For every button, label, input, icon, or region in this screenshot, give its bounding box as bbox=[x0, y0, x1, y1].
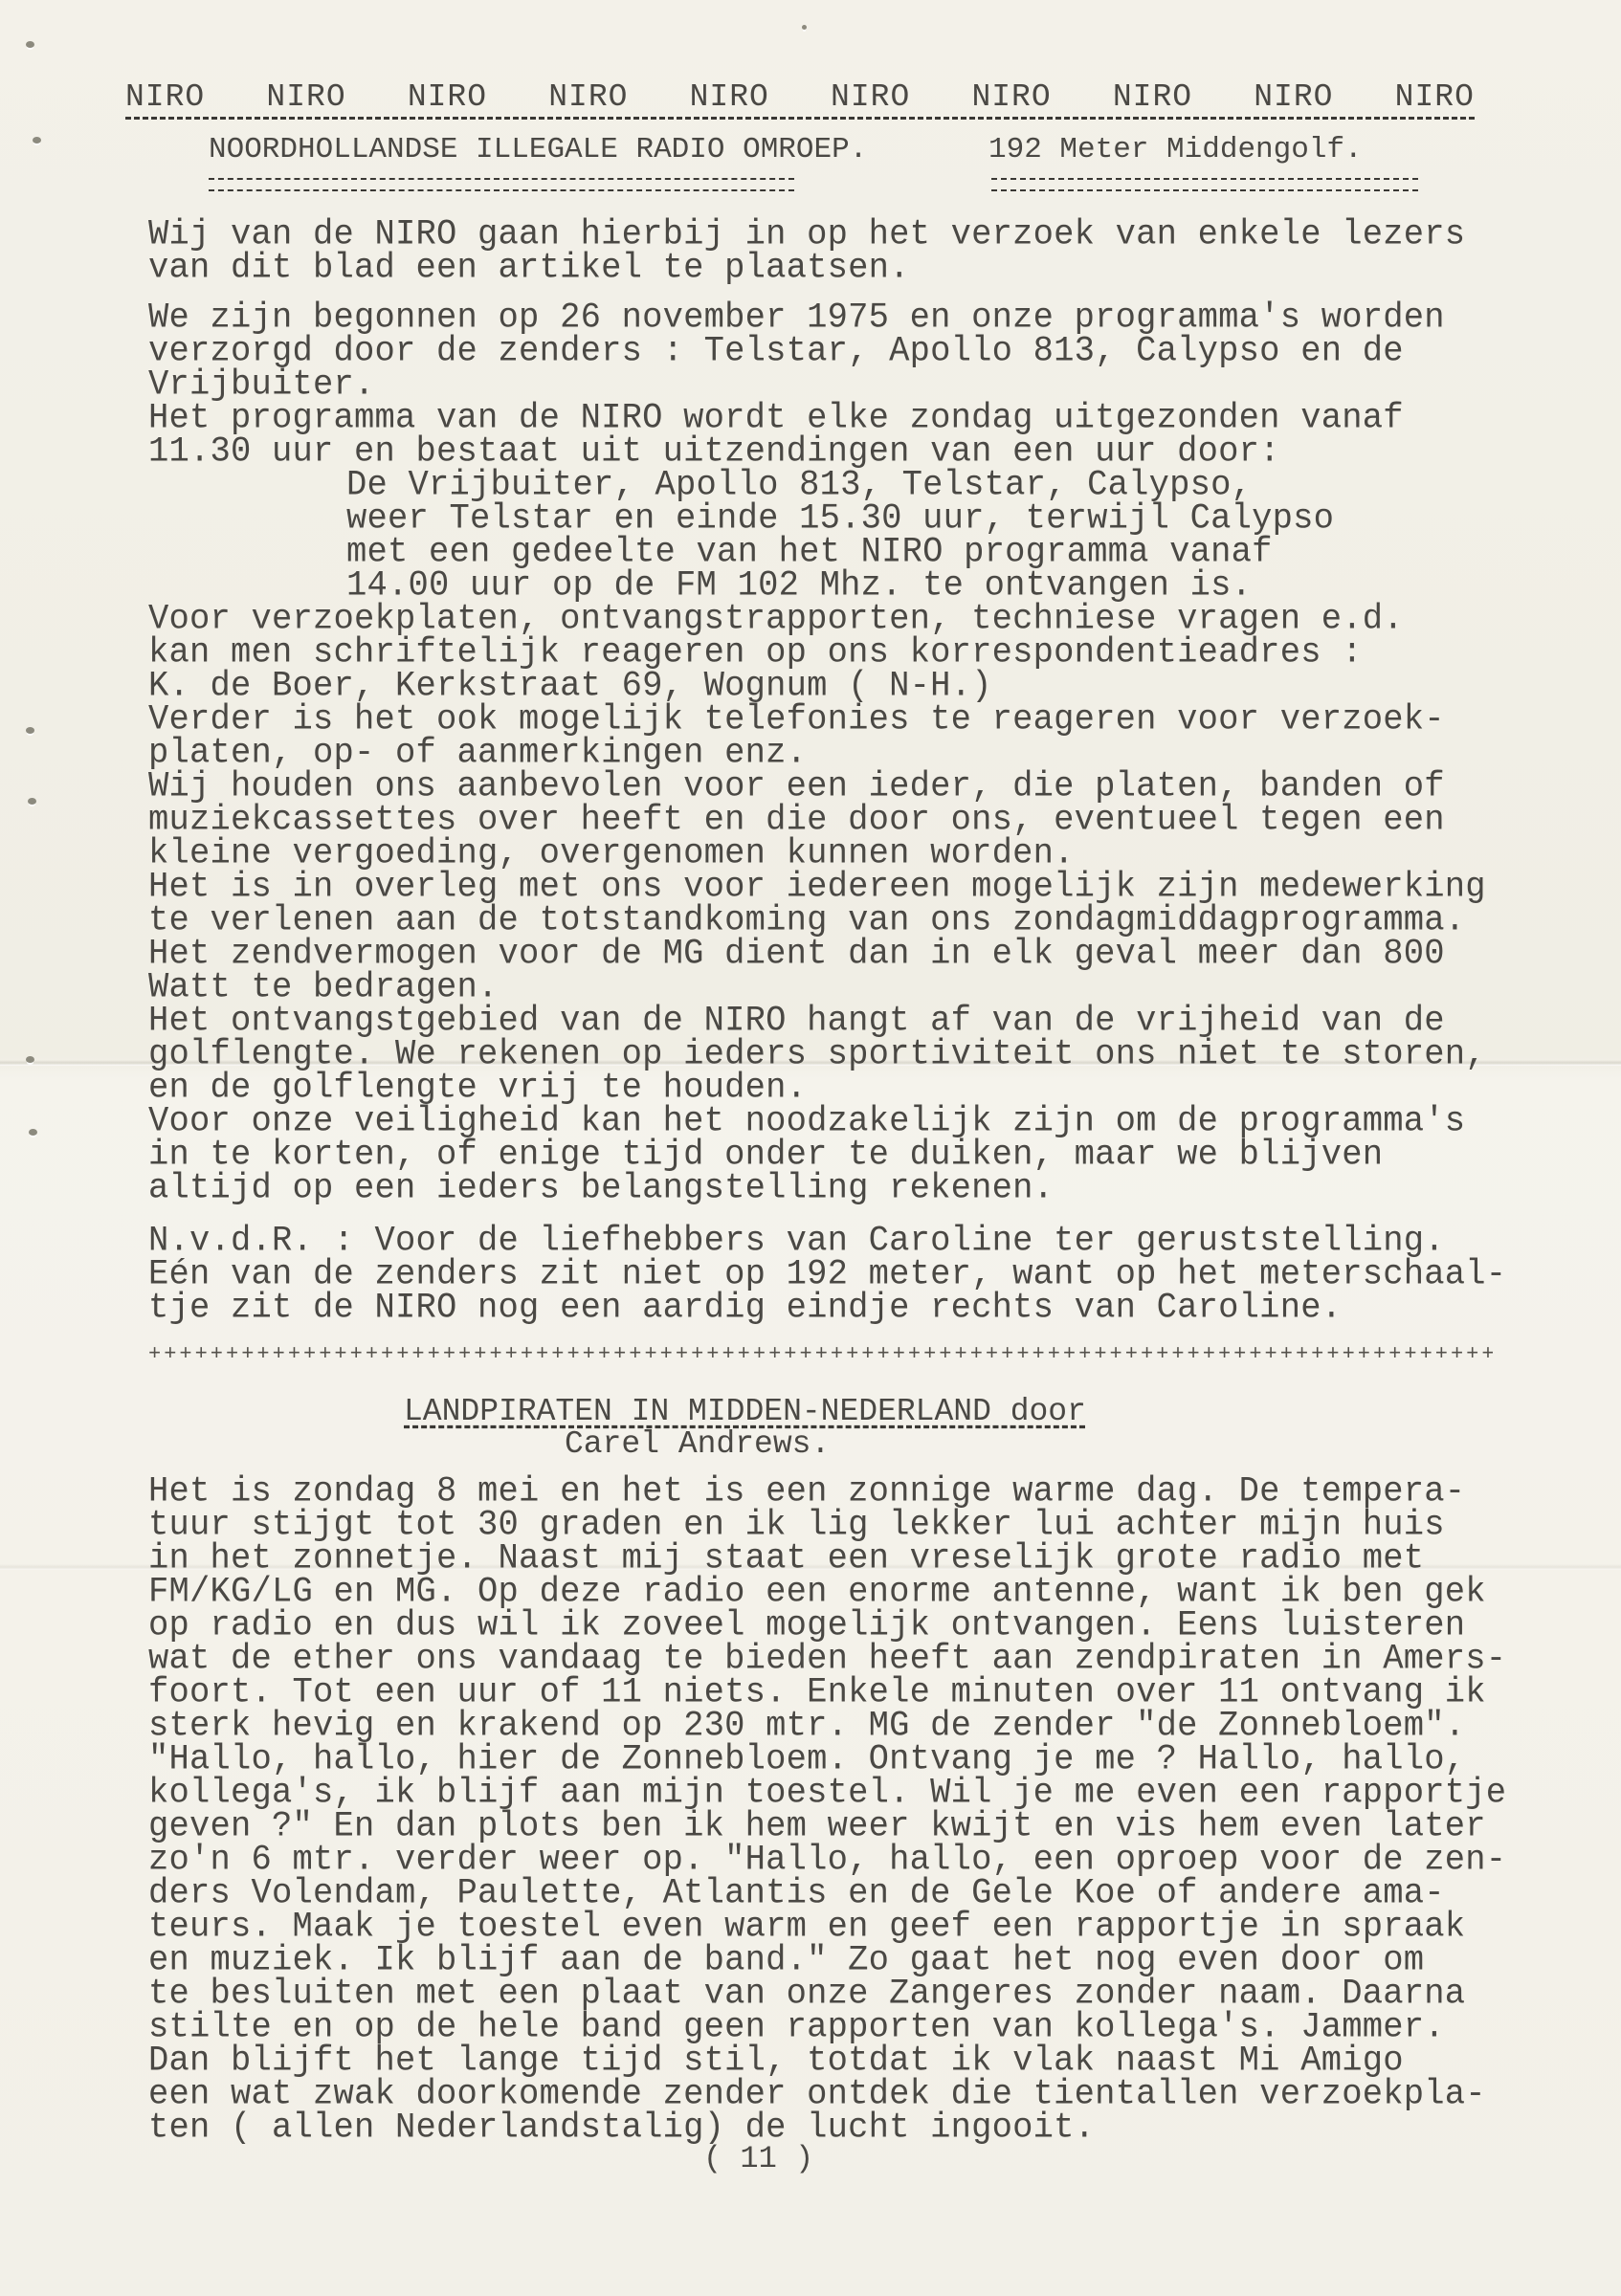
niro-word: NIRO bbox=[831, 80, 910, 115]
article-line: ten ( allen Nederlandstalig) de lucht in… bbox=[148, 2109, 1095, 2145]
niro-word: NIRO bbox=[971, 80, 1051, 115]
article-title: LANDPIRATEN IN MIDDEN-NEDERLAND door bbox=[404, 1395, 1086, 1429]
punch-mark bbox=[28, 798, 36, 805]
niro-word: NIRO bbox=[1395, 80, 1475, 115]
double-rule bbox=[209, 178, 794, 191]
editor-note-line: tje zit de NIRO nog een aardig eindje re… bbox=[148, 1290, 1342, 1325]
niro-word: NIRO bbox=[690, 80, 769, 115]
article-author: Carel Andrews. bbox=[565, 1427, 830, 1462]
niro-word: NIRO bbox=[266, 80, 345, 115]
punch-mark bbox=[33, 137, 41, 143]
niro-word: NIRO bbox=[408, 80, 487, 115]
plus-separator: ++++++++++++++++++++++++++++++++++++++++… bbox=[148, 1343, 1493, 1366]
niro-word: NIRO bbox=[125, 80, 205, 115]
niro-word: NIRO bbox=[1113, 80, 1192, 115]
punch-mark bbox=[26, 727, 34, 734]
punch-mark bbox=[26, 41, 34, 48]
speck bbox=[802, 25, 807, 30]
frequency-label: 192 Meter Middengolf. bbox=[988, 134, 1363, 166]
organization-name: NOORDHOLLANDSE ILLEGALE RADIO OMROEP. bbox=[209, 134, 867, 166]
body-line: van dit blad een artikel te plaatsen. bbox=[148, 250, 910, 285]
body-line: altijd op een ieders belangstelling reke… bbox=[148, 1170, 1054, 1205]
punch-mark bbox=[26, 1056, 34, 1063]
niro-masthead: NIRO NIRO NIRO NIRO NIRO NIRO NIRO NIRO … bbox=[125, 80, 1475, 120]
double-rule bbox=[991, 178, 1418, 191]
niro-word: NIRO bbox=[548, 80, 628, 115]
niro-word: NIRO bbox=[1254, 80, 1333, 115]
punch-mark bbox=[29, 1129, 37, 1136]
page-number: ( 11 ) bbox=[703, 2143, 813, 2175]
